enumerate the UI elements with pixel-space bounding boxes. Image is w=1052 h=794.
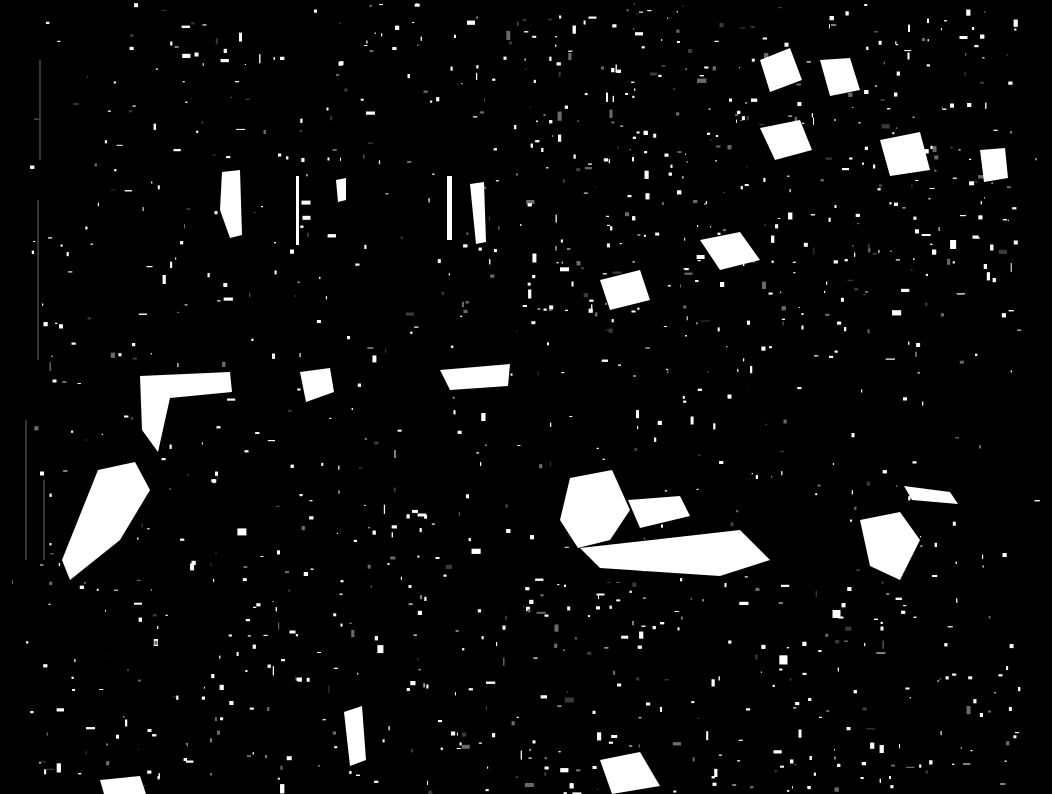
highlight-region <box>447 176 452 240</box>
photo-canvas <box>0 0 1052 794</box>
binarized-photo: High-contrast binarized photograph: a pe… <box>0 0 1052 794</box>
highlight-region <box>296 176 299 245</box>
highlight-region <box>980 148 1008 182</box>
